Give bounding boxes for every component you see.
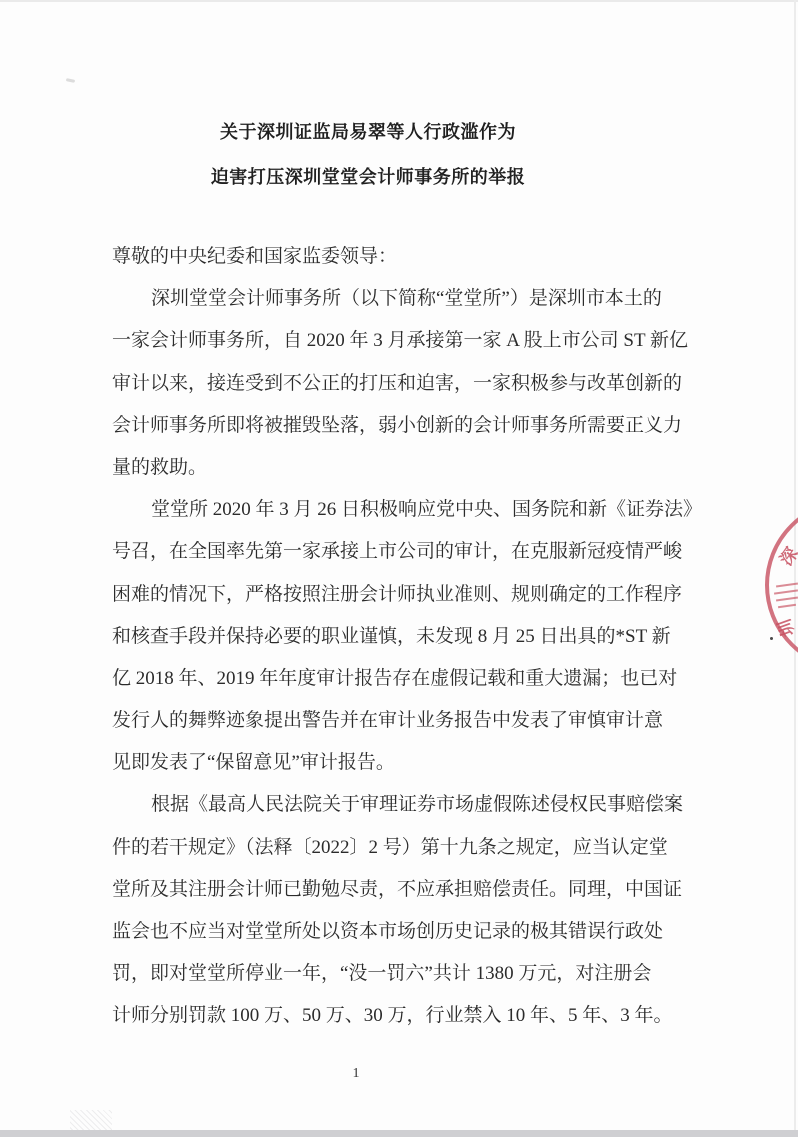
scanned-document-page: 关于深圳证监局易翠等人行政滥作为 迫害打压深圳堂堂会计师事务所的举报 尊敬的中央…	[0, 0, 798, 1137]
body-text-line: 堂所及其注册会计师已勤勉尽责，不应承担赔偿责任。同理，中国证	[112, 869, 732, 911]
body-text-line: 深圳堂堂会计师事务所（以下简称“堂堂所”）是深圳市本土的	[112, 278, 732, 320]
ink-speck	[770, 637, 773, 640]
body-text-line: 根据《最高人民法院关于审理证券市场虚假陈述侵权民事赔偿案	[112, 784, 732, 826]
document-title: 关于深圳证监局易翠等人行政滥作为 迫害打压深圳堂堂会计师事务所的举报	[78, 110, 658, 200]
title-line-2: 迫害打压深圳堂堂会计师事务所的举报	[78, 155, 658, 200]
body-text-line: 一家会计师事务所，自 2020 年 3 月承接第一家 A 股上市公司 ST 新亿	[112, 320, 732, 362]
body-text-line: 发行人的舞弊迹象提出警告并在审计业务报告中发表了审慎审计意	[112, 700, 732, 742]
body-text-line: 量的救助。	[112, 447, 732, 489]
document-body: 尊敬的中央纪委和国家监委领导：深圳堂堂会计师事务所（以下简称“堂堂所”）是深圳市…	[112, 236, 732, 1038]
body-text-line: 困难的情况下，严格按照注册会计师执业准则、规则确定的工作程序	[112, 574, 732, 616]
title-line-1: 关于深圳证监局易翠等人行政滥作为	[78, 110, 658, 155]
scan-bottom-edge-artifact	[0, 1130, 798, 1137]
body-text-line: 尊敬的中央纪委和国家监委领导：	[112, 236, 732, 278]
body-text-line: 审计以来，接连受到不公正的打压和迫害，一家积极参与改革创新的	[112, 363, 732, 405]
body-text-line: 和核查手段并保持必要的职业谨慎，未发现 8 月 25 日出具的*ST 新	[112, 616, 732, 658]
body-text-line: 见即发表了“保留意见”审计报告。	[112, 742, 732, 784]
page-number: 1	[340, 1066, 372, 1082]
body-text-line: 罚，即对堂堂所停业一年，“没一罚六”共计 1380 万元，对注册会	[112, 953, 732, 995]
body-text-line: 监会也不应当对堂堂所处以资本市场创历史记录的极其错误行政处	[112, 911, 732, 953]
body-text-line: 计师分别罚款 100 万、50 万、30 万，行业禁入 10 年、5 年、3 年…	[112, 995, 732, 1037]
body-text-line: 件的若干规定》（法释〔2022〕2 号）第十九条之规定，应当认定堂	[112, 827, 732, 869]
body-text-line: 会计师事务所即将被摧毁坠落，弱小创新的会计师事务所需要正义力	[112, 405, 732, 447]
body-text-line: 堂堂所 2020 年 3 月 26 日积极响应党中央、国务院和新《证券法》	[112, 489, 732, 531]
body-text-line: 号召，在全国率先第一家承接上市公司的审计，在克服新冠疫情严峻	[112, 531, 732, 573]
scan-top-edge-artifact	[0, 0, 798, 2]
body-text-line: 亿 2018 年、2019 年年度审计报告存在虚假记载和重大遗漏；也已对	[112, 658, 732, 700]
scan-smudge-mark	[66, 78, 75, 83]
